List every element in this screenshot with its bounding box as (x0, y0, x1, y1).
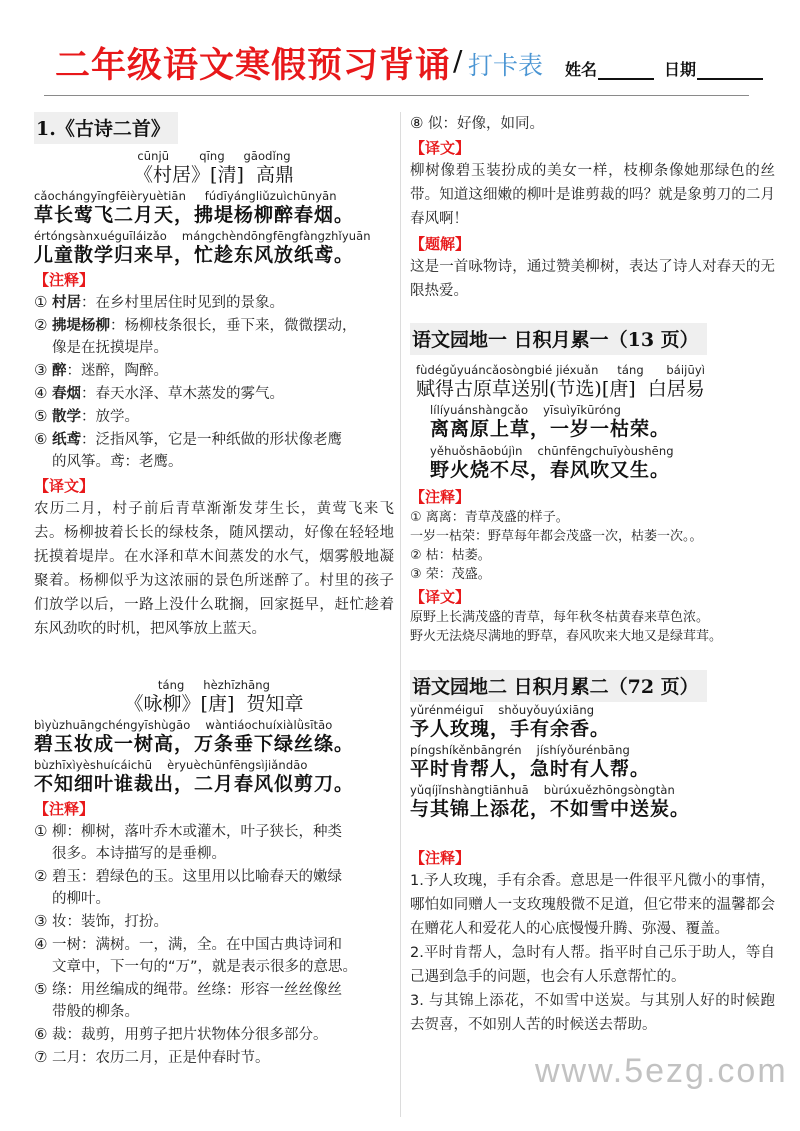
note-item: ①柳：柳树，落叶乔木或灌木，叶子狭长，种类 (34, 820, 394, 843)
note-item: ⑧似：好像，如同。 (410, 112, 775, 135)
note-item: 一岁一枯荣：野草每年都会茂盛一次，枯萎一次。。 (410, 527, 775, 546)
title-separator: / (453, 44, 462, 77)
notes-list: ①村居：在乡村里居住时见到的景象。 ②拂堤杨柳：杨柳枝条很长，垂下来，微微摆动，… (34, 291, 394, 473)
verse-pinyin: bùzhīxìyèshuícáichū èryuèchūnfēngsìjiǎnd… (34, 759, 394, 772)
note-paragraph: 2.平时肯帮人，急时有人帮。指平时自己乐于助人，等自己遇到急手的问题，也会有人乐… (410, 941, 775, 989)
note-item: ③醉：迷醉，陶醉。 (34, 359, 394, 382)
verse-pinyin: értóngsànxuéguīláizǎo mángchèndōngfēngfà… (34, 230, 394, 243)
column-divider (400, 112, 401, 1117)
verse-line: 碧玉妆成一树高，万条垂下绿丝绦。 (34, 732, 394, 756)
note-item-cont: 像是在抚摸堤岸。 (34, 337, 394, 359)
verse-pinyin: bìyùzhuāngchéngyīshùgāo wàntiáochuíxiàlǜ… (34, 719, 394, 732)
note-item: ② 枯：枯萎。 (410, 546, 775, 565)
note-item: ⑦二月：农历二月，正是仲春时节。 (34, 1046, 394, 1069)
note-item: ②拂堤杨柳：杨柳枝条很长，垂下来，微微摆动， (34, 314, 394, 337)
date-blank[interactable] (697, 66, 763, 80)
verse-line: 予人玫瑰，手有余香。 (410, 717, 775, 741)
translation-tag: 【译文】 (410, 586, 775, 608)
section-title-garden-2: 语文园地二 日积月累二（72 页） (410, 670, 707, 702)
note-item: ①村居：在乡村里居住时见到的景象。 (34, 291, 394, 314)
poem-title-pinyin: táng hèzhīzhāng (34, 679, 394, 692)
verse-pinyin: yěhuǒshāobújìn chūnfēngchuīyòushēng (430, 445, 775, 458)
translation-text: 柳树像碧玉装扮成的美女一样，枝柳条像她那绿色的丝带。知道这细嫩的柳叶是谁剪裁的吗… (410, 159, 775, 231)
translation-tag: 【译文】 (34, 475, 394, 497)
note-item-cont: 文章中，下一句的“万”，就是表示很多的意思。 (34, 956, 394, 978)
note-item: ⑤绦：用丝编成的绳带。丝绦：形容一丝丝像丝 (34, 978, 394, 1001)
note-item: ④春烟：春天水泽、草木蒸发的雾气。 (34, 382, 394, 405)
verse-pinyin: lílíyuánshàngcǎo yīsuìyīkūróng (430, 404, 775, 417)
note-paragraph: 3. 与其锦上添花，不如雪中送炭。与其别人好的时候跑去贺喜，不如别人苦的时候送去… (410, 989, 775, 1037)
note-item: ⑥裁：裁剪，用剪子把片状物体分很多部分。 (34, 1023, 394, 1046)
translation-line: 原野上长满茂盛的青草，每年秋冬枯黄春来草色浓。 (410, 608, 775, 627)
poem-title-pinyin: fùdégǔyuáncǎosòngbié jiéxuǎn táng báijūy… (416, 364, 775, 377)
note-item: ③ 荣：茂盛。 (410, 565, 775, 584)
note-item-cont: 的柳叶。 (34, 888, 394, 910)
note-item-cont: 带般的柳条。 (34, 1001, 394, 1023)
note-item-cont: 很多。本诗描写的是垂柳。 (34, 843, 394, 865)
verse-line: 与其锦上添花，不如雪中送炭。 (410, 797, 775, 821)
page-subtitle: 打卡表 (468, 46, 543, 82)
verse-line: 离离原上草，一岁一枯荣。 (430, 417, 775, 441)
poem-body: lílíyuánshàngcǎo yīsuìyīkūróng 离离原上草，一岁一… (410, 404, 775, 482)
section-title-garden-1: 语文园地一 日积月累一（13 页） (410, 323, 707, 355)
note-item: ③妆：装饰，打扮。 (34, 910, 394, 933)
notes-tag: 【注释】 (410, 847, 775, 869)
poem-title: 赋得古原草送别(节选)[唐] 白居易 (416, 377, 775, 401)
poem-fudegu: fùdégǔyuáncǎosòngbié jiéxuǎn táng báijūy… (410, 364, 775, 401)
analysis-text: 这是一首咏物诗，通过赞美柳树，表达了诗人对春天的无限热爱。 (410, 255, 775, 303)
left-column: 1.《古诗二首》 cūnjū qīng gāodǐng 《村居》[清] 高鼎 c… (34, 112, 394, 1069)
date-label: 日期 (664, 60, 696, 79)
verse-line: 平时肯帮人，急时有人帮。 (410, 757, 775, 781)
note-item: ②碧玉：碧绿色的玉。这里用以比喻春天的嫩绿 (34, 865, 394, 888)
date-field[interactable]: 日期 (664, 57, 763, 80)
notes-tag: 【注释】 (410, 486, 775, 508)
notes-tag: 【注释】 (34, 269, 394, 291)
verse-pinyin: yǔqíjǐnshàngtiānhuā bùrúxuězhōngsòngtàn (410, 784, 775, 797)
notes-list: ①柳：柳树，落叶乔木或灌木，叶子狭长，种类 很多。本诗描写的是垂柳。 ②碧玉：碧… (34, 820, 394, 1069)
watermark: www.5ezg.com (535, 1052, 788, 1091)
note-item-cont: 的风筝。鸢：老鹰。 (34, 451, 394, 473)
page-title: 二年级语文寒假预习背诵 (55, 38, 451, 88)
poem-title: 《咏柳》[唐] 贺知章 (34, 692, 394, 716)
notes-tag: 【注释】 (34, 798, 394, 820)
verse-pinyin: cǎochángyīngfēièryuètiān fúdīyángliǔzuìc… (34, 190, 394, 203)
verse-line: 儿童散学归来早，忙趁东风放纸鸢。 (34, 243, 394, 267)
verse-pinyin: píngshíkěnbāngrén jíshíyǒurénbāng (410, 744, 775, 757)
name-blank[interactable] (598, 66, 654, 80)
translation-text: 农历二月，村子前后青草渐渐发芽生长，黄莺飞来飞去。杨柳披着长长的绿枝条，随风摆动… (34, 497, 394, 641)
poem-cunju: cūnjū qīng gāodǐng 《村居》[清] 高鼎 (34, 150, 394, 187)
poem-title: 《村居》[清] 高鼎 (34, 163, 394, 187)
poem-body: bìyùzhuāngchéngyīshùgāo wàntiáochuíxiàlǜ… (34, 719, 394, 796)
note-item: ④一树：满树。一，满，全。在中国古典诗词和 (34, 933, 394, 956)
name-field[interactable]: 姓名 (565, 57, 654, 80)
analysis-tag: 【题解】 (410, 233, 775, 255)
header-divider (44, 95, 749, 96)
verse-pinyin: yǔrénméiguī shǒuyǒuyúxiāng (410, 704, 775, 717)
translation-line: 野火无法烧尽满地的野草，春风吹来大地又是绿茸茸。 (410, 627, 775, 646)
proverbs: yǔrénméiguī shǒuyǒuyúxiāng 予人玫瑰，手有余香。 pí… (410, 704, 775, 821)
verse-line: 野火烧不尽，春风吹又生。 (430, 458, 775, 482)
note-item: ⑥纸鸢：泛指风筝，它是一种纸做的形状像老鹰 (34, 428, 394, 451)
page-header: 二年级语文寒假预习背诵 / 打卡表 姓名 日期 (0, 0, 800, 100)
poem-yongliu: táng hèzhīzhāng 《咏柳》[唐] 贺知章 (34, 679, 394, 716)
note-item: ⑤散学：放学。 (34, 405, 394, 428)
verse-line: 草长莺飞二月天，拂堤杨柳醉春烟。 (34, 203, 394, 227)
note-paragraph: 1.予人玫瑰，手有余香。意思是一件很平凡微小的事情，哪怕如同赠人一支玫瑰般微不足… (410, 869, 775, 941)
name-label: 姓名 (565, 60, 597, 79)
verse-line: 不知细叶谁裁出，二月春风似剪刀。 (34, 772, 394, 796)
translation-tag: 【译文】 (410, 137, 775, 159)
poem-body: cǎochángyīngfēièryuètiān fúdīyángliǔzuìc… (34, 190, 394, 267)
poem-title-pinyin: cūnjū qīng gāodǐng (34, 150, 394, 163)
note-item: ① 离离：青草茂盛的样子。 (410, 508, 775, 527)
right-column: ⑧似：好像，如同。 【译文】 柳树像碧玉装扮成的美女一样，枝柳条像她那绿色的丝带… (410, 112, 775, 1037)
section-title-ancient-poems: 1.《古诗二首》 (34, 112, 178, 144)
